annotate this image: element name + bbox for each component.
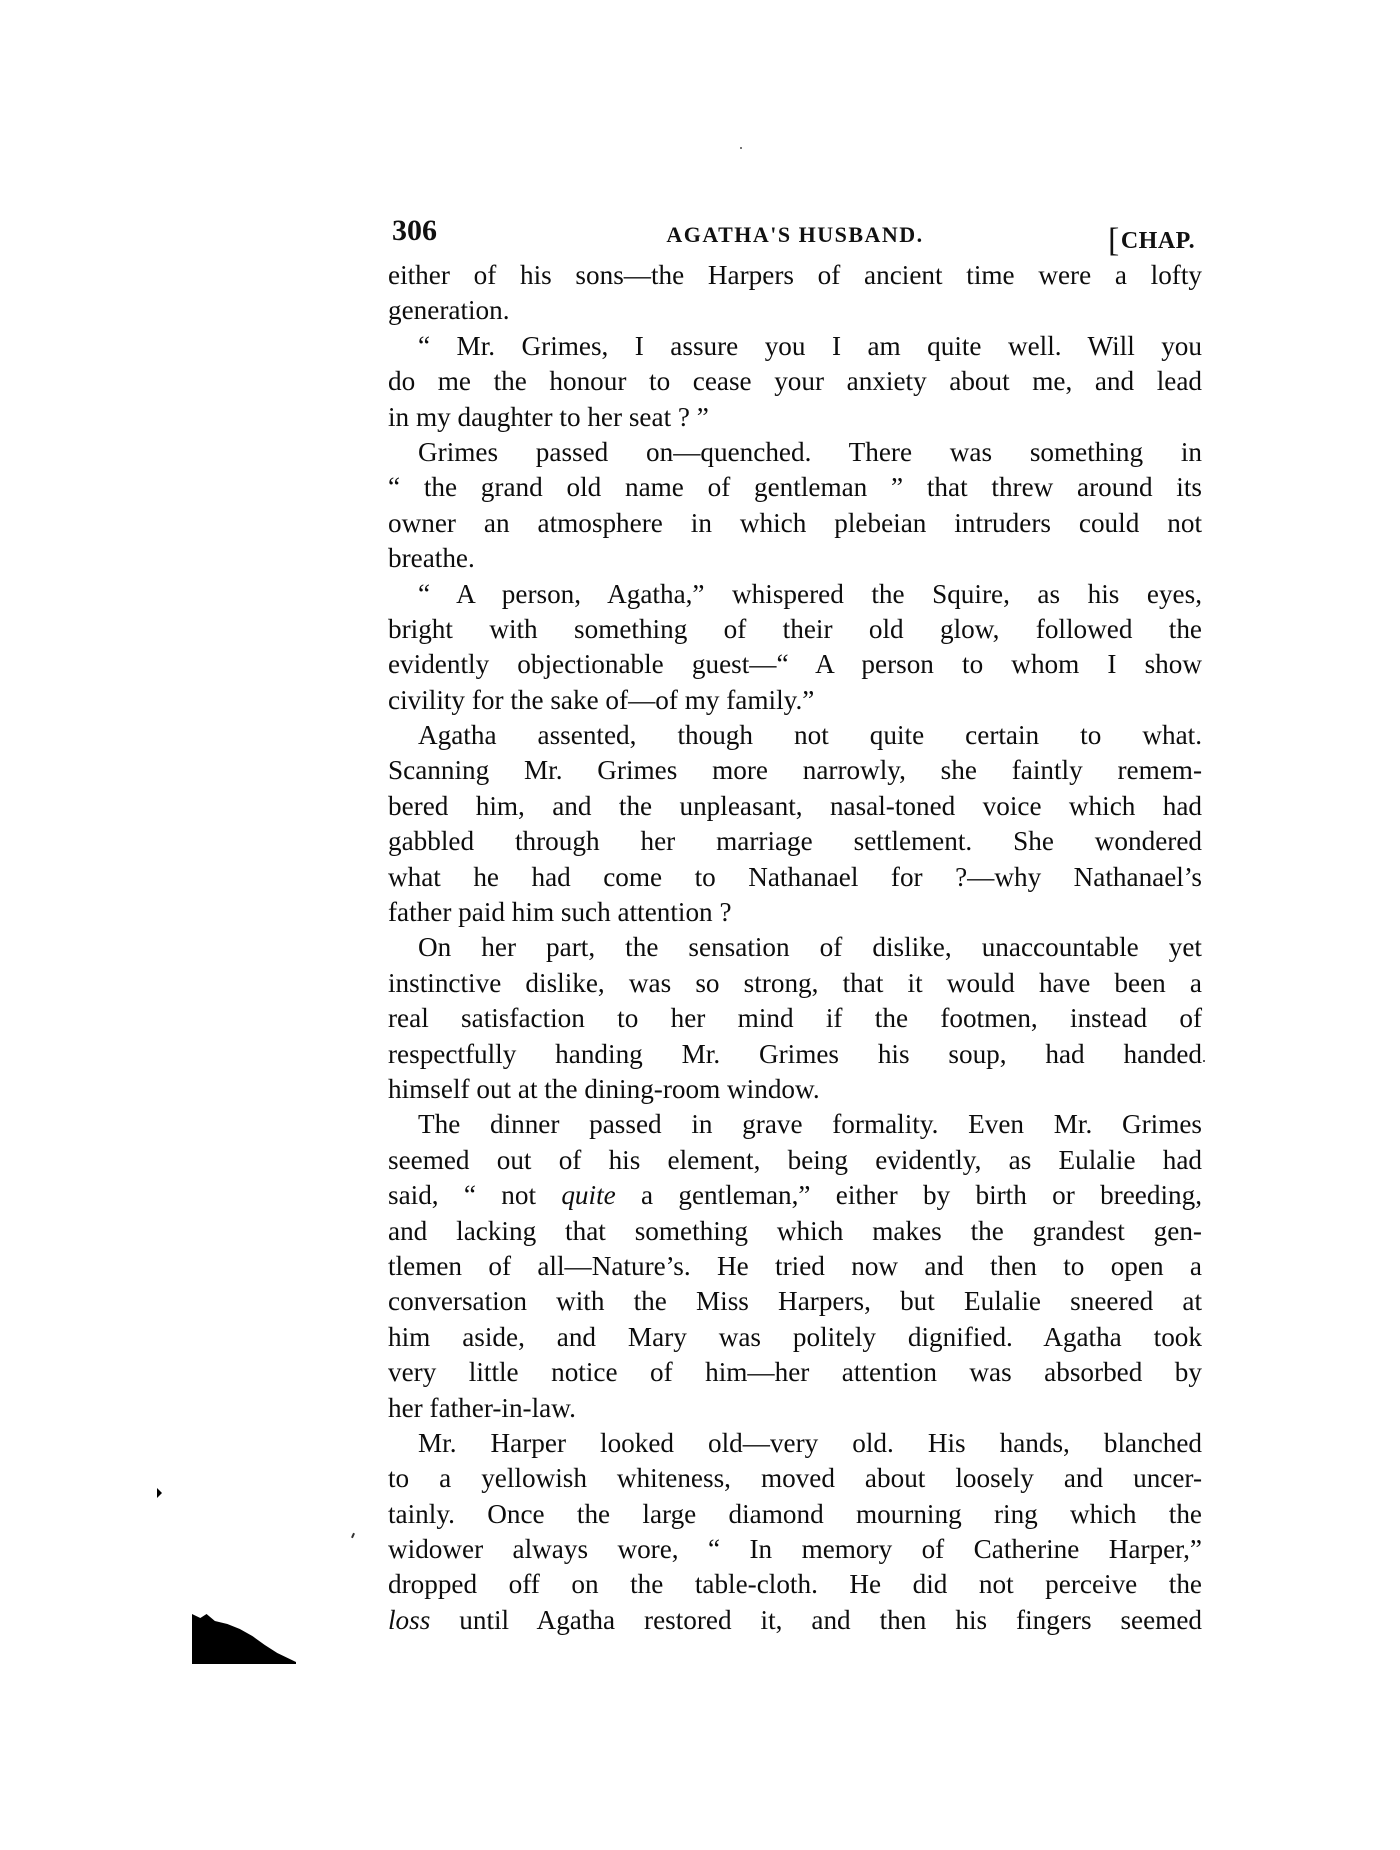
text-line: Scanning Mr. Grimes more narrowly, she f… [388, 753, 1202, 788]
text-line: either of his sons—the Harpers of ancien… [388, 258, 1202, 293]
margin-mark [157, 1488, 162, 1498]
chapter-marker: [CHAP. [1108, 219, 1195, 257]
scanned-book-page: 306 AGATHA'S HUSBAND. [CHAP. either of h… [0, 0, 1400, 1850]
text-line: conversation with the Miss Harpers, but … [388, 1284, 1202, 1319]
text-line: bered him, and the unpleasant, nasal-ton… [388, 789, 1202, 824]
text-segment: said, “ not [388, 1180, 561, 1210]
text-line: bright with something of their old glow,… [388, 612, 1202, 647]
running-title: AGATHA'S HUSBAND. [655, 222, 935, 248]
text-line: Mr. Harper looked old—very old. His hand… [388, 1426, 1202, 1461]
text-line: generation. [388, 293, 1202, 328]
text-line: tainly. Once the large diamond mourning … [388, 1497, 1202, 1532]
chapter-bracket: [ [1108, 222, 1120, 259]
margin-tick [351, 1533, 355, 1538]
text-line: gabbled through her marriage settlement.… [388, 824, 1202, 859]
text-line: dropped off on the table-cloth. He did n… [388, 1567, 1202, 1602]
scan-speck [1203, 1060, 1205, 1062]
text-line: her father-in-law. [388, 1391, 1202, 1426]
text-line: “ Mr. Grimes, I assure you I am quite we… [388, 329, 1202, 364]
text-line: respectfully handing Mr. Grimes his soup… [388, 1037, 1202, 1072]
text-segment: a gentleman,” either by birth or breedin… [616, 1180, 1202, 1210]
ink-blot [192, 1614, 296, 1664]
text-line: loss until Agatha restored it, and then … [388, 1603, 1202, 1638]
text-line: Grimes passed on—quenched. There was som… [388, 435, 1202, 470]
text-segment: until Agatha restored it, and then his f… [430, 1605, 1202, 1635]
text-line: father paid him such attention ? [388, 895, 1202, 930]
italic-word: quite [561, 1180, 615, 1210]
text-line: widower always wore, “ In memory of Cath… [388, 1532, 1202, 1567]
text-line: tlemen of all—Nature’s. He tried now and… [388, 1249, 1202, 1284]
text-line: owner an atmosphere in which plebeian in… [388, 506, 1202, 541]
page-number: 306 [392, 214, 437, 248]
text-line: do me the honour to cease your anxiety a… [388, 364, 1202, 399]
body-text: either of his sons—the Harpers of ancien… [388, 258, 1202, 1638]
chapter-label: CHAP. [1121, 228, 1195, 254]
text-line: and lacking that something which makes t… [388, 1214, 1202, 1249]
text-line: The dinner passed in grave formality. Ev… [388, 1107, 1202, 1142]
text-line: himself out at the dining-room window. [388, 1072, 1202, 1107]
scan-speck [740, 147, 742, 149]
text-line: seemed out of his element, being evident… [388, 1143, 1202, 1178]
text-line: On her part, the sensation of dislike, u… [388, 930, 1202, 965]
text-line: him aside, and Mary was politely dignifi… [388, 1320, 1202, 1355]
text-line: what he had come to Nathanael for ?—why … [388, 860, 1202, 895]
text-line: very little notice of him—her attention … [388, 1355, 1202, 1390]
text-line: in my daughter to her seat ? ” [388, 400, 1202, 435]
text-line: Agatha assented, though not quite certai… [388, 718, 1202, 753]
text-line: breathe. [388, 541, 1202, 576]
text-line: said, “ not quite a gentleman,” either b… [388, 1178, 1202, 1213]
text-line: civility for the sake of—of my family.” [388, 683, 1202, 718]
text-line: instinctive dislike, was so strong, that… [388, 966, 1202, 1001]
text-line: evidently objectionable guest—“ A person… [388, 647, 1202, 682]
italic-word: loss [388, 1605, 430, 1635]
text-line: “ A person, Agatha,” whispered the Squir… [388, 577, 1202, 612]
text-line: “ the grand old name of gentleman ” that… [388, 470, 1202, 505]
text-line: to a yellowish whiteness, moved about lo… [388, 1461, 1202, 1496]
text-line: real satisfaction to her mind if the foo… [388, 1001, 1202, 1036]
